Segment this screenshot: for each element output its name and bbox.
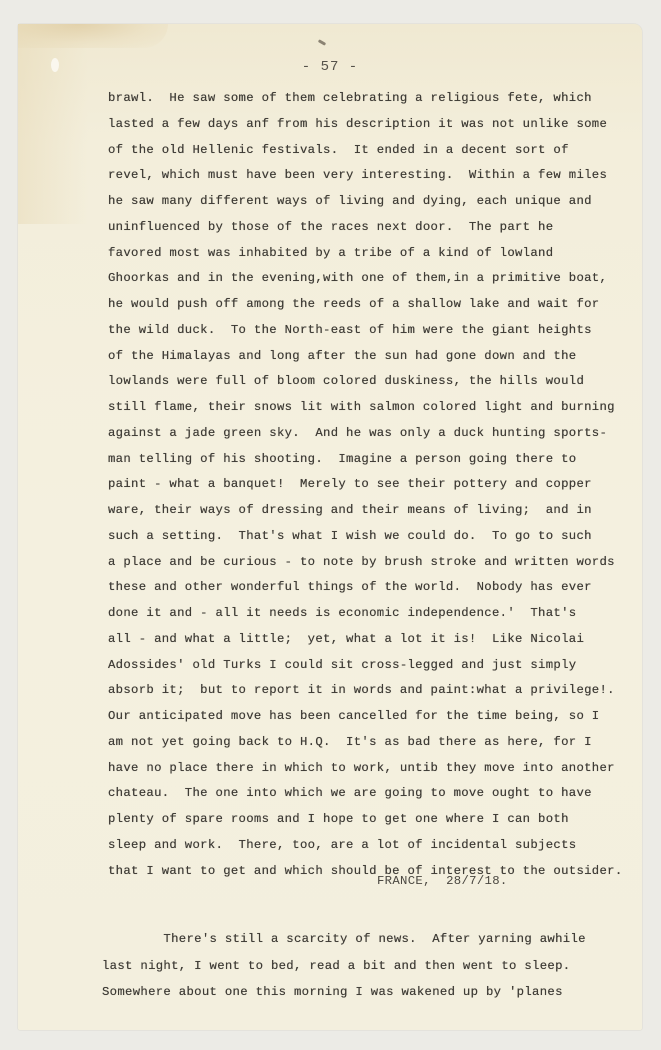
text-line: have no place there in which to work, un… xyxy=(108,761,615,775)
text-line: lowlands were full of bloom colored dusk… xyxy=(108,374,584,388)
text-line: chateau. The one into which we are going… xyxy=(108,786,592,800)
text-line: brawl. He saw some of them celebrating a… xyxy=(108,91,592,105)
text-line: Ghoorkas and in the evening,with one of … xyxy=(108,271,607,285)
text-line: these and other wonderful things of the … xyxy=(108,580,592,594)
text-line: Somewhere about one this morning I was w… xyxy=(102,985,563,999)
page-number: - 57 - xyxy=(18,59,642,75)
dateline: FRANCE, 28/7/18. xyxy=(377,874,508,888)
text-line: against a jade green sky. And he was onl… xyxy=(108,426,607,440)
text-line: that I want to get and which should be o… xyxy=(108,864,623,878)
text-line: paint - what a banquet! Merely to see th… xyxy=(108,477,592,491)
text-line: still flame, their snows lit with salmon… xyxy=(108,400,615,414)
text-line: done it and - all it needs is economic i… xyxy=(108,606,576,620)
paper-discoloration xyxy=(18,24,88,224)
text-line: plenty of spare rooms and I hope to get … xyxy=(108,812,569,826)
text-line: all - and what a little; yet, what a lot… xyxy=(108,632,584,646)
text-line: last night, I went to bed, read a bit an… xyxy=(102,959,570,973)
text-line: Adossides' old Turks I could sit cross-l… xyxy=(108,658,576,672)
text-line: man telling of his shooting. Imagine a p… xyxy=(108,452,576,466)
text-line: am not yet going back to H.Q. It's as ba… xyxy=(108,735,592,749)
text-line: uninfluenced by those of the races next … xyxy=(108,220,553,234)
text-line: lasted a few days anf from his descripti… xyxy=(108,117,607,131)
text-line: revel, which must have been very interes… xyxy=(108,168,607,182)
text-line: favored most was inhabited by a tribe of… xyxy=(108,246,553,260)
text-line: he saw many different ways of living and… xyxy=(108,194,592,208)
text-line: ware, their ways of dressing and their m… xyxy=(108,503,592,517)
text-line: of the Himalayas and long after the sun … xyxy=(108,349,576,363)
text-line: a place and be curious - to note by brus… xyxy=(108,555,615,569)
text-line: he would push off among the reeds of a s… xyxy=(108,297,599,311)
text-line: There's still a scarcity of news. After … xyxy=(102,932,586,946)
text-line: absorb it; but to report it in words and… xyxy=(108,683,615,697)
text-line: the wild duck. To the North-east of him … xyxy=(108,323,592,337)
ink-mark xyxy=(318,39,326,46)
text-line: sleep and work. There, too, are a lot of… xyxy=(108,838,576,852)
text-line: Our anticipated move has been cancelled … xyxy=(108,709,599,723)
text-line: of the old Hellenic festivals. It ended … xyxy=(108,143,569,157)
text-line: such a setting. That's what I wish we co… xyxy=(108,529,592,543)
